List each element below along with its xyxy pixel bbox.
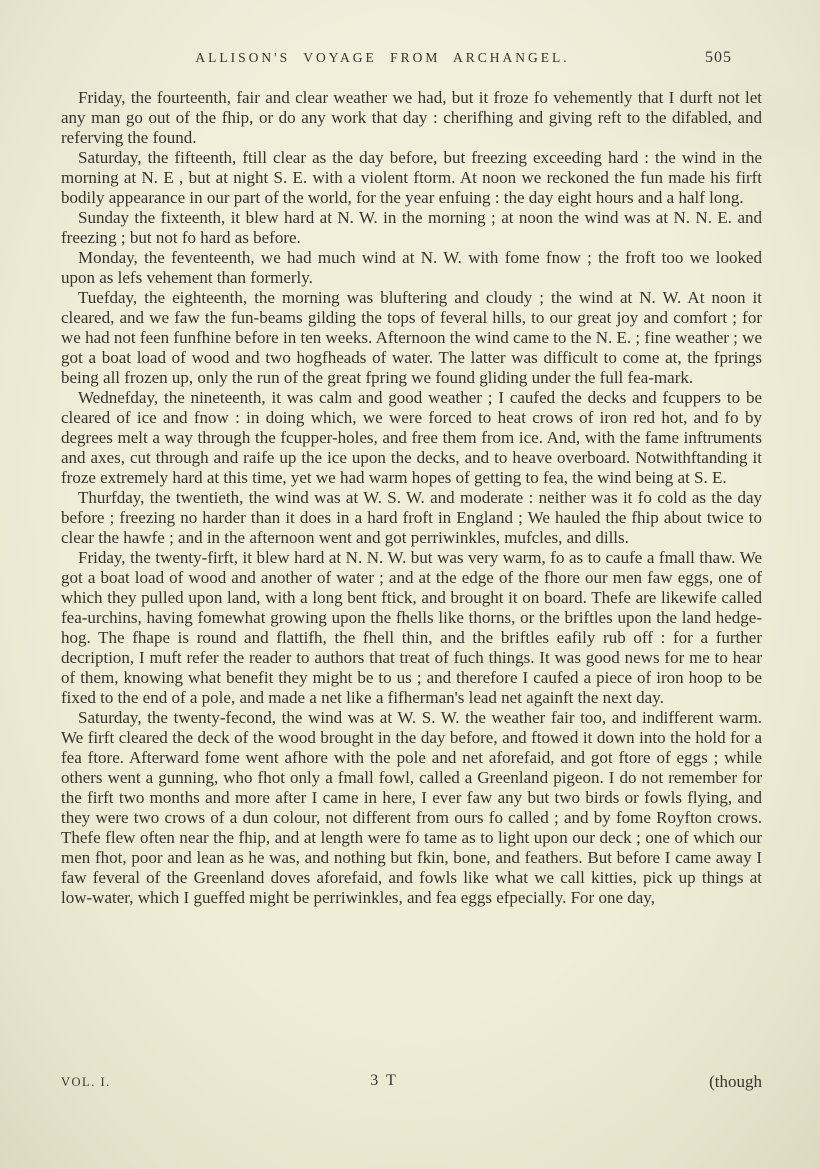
body-paragraph: Thurfday, the twentieth, the wind was at… [61, 488, 762, 548]
body-paragraph: Saturday, the twenty-fecond, the wind wa… [61, 708, 762, 908]
body-paragraph: Friday, the fourteenth, fair and clear w… [61, 88, 762, 148]
body-paragraph: Wednefday, the nineteenth, it was calm a… [61, 388, 762, 488]
body-text: Friday, the fourteenth, fair and clear w… [61, 88, 762, 908]
book-page: ALLISON'S VOYAGE FROM ARCHANGEL. 505 Fri… [0, 0, 820, 1169]
running-header: ALLISON'S VOYAGE FROM ARCHANGEL. 505 [60, 50, 760, 72]
page-footer: VOL. I. 3 T (though [61, 1072, 762, 1094]
body-paragraph: Saturday, the fifteenth, ftill clear as … [61, 148, 762, 208]
body-paragraph: Sunday the fixteenth, it blew hard at N.… [61, 208, 762, 248]
signature-mark: 3 T [61, 1072, 707, 1090]
body-paragraph: Tuefday, the eighteenth, the morning was… [61, 288, 762, 388]
running-title: ALLISON'S VOYAGE FROM ARCHANGEL. [60, 50, 705, 66]
body-paragraph: Friday, the twenty-firft, it blew hard a… [61, 548, 762, 708]
body-paragraph: Monday, the feventeenth, we had much win… [61, 248, 762, 288]
catchword: (though [709, 1072, 762, 1092]
page-number: 505 [705, 49, 732, 67]
